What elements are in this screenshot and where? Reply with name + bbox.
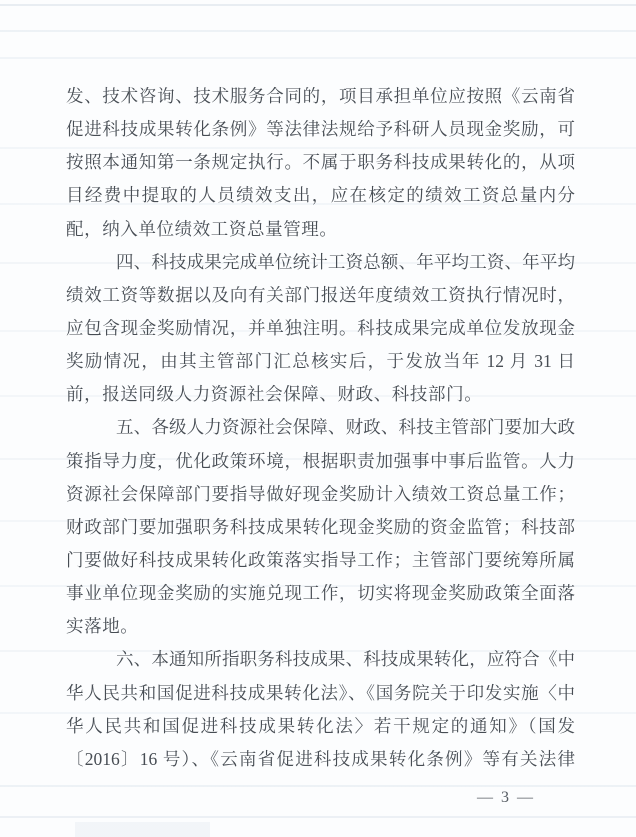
paragraph: 六、本通知所指职务科技成果、科技成果转化，应符合《中 华人民共和国促进科技成果转… (66, 643, 575, 776)
document-page: 发、技术咨询、技术服务合同的，项目承担单位应按照《云南省 促进科技成果转化条例》… (0, 0, 636, 837)
document-body: 发、技术咨询、技术服务合同的，项目承担单位应按照《云南省 促进科技成果转化条例》… (66, 80, 575, 776)
paragraph: 发、技术咨询、技术服务合同的，项目承担单位应按照《云南省 促进科技成果转化条例》… (66, 80, 575, 246)
text-line: 实落地。 (66, 610, 575, 643)
text-line: 五、各级人力资源社会保障、财政、科技主管部门要加大政 (66, 411, 575, 444)
text-line: 促进科技成果转化条例》等法律法规给予科研人员现金奖励，可 (66, 113, 575, 146)
text-line: 目经费中提取的人员绩效支出，应在核定的绩效工资总量内分 (66, 179, 575, 212)
paragraph: 五、各级人力资源社会保障、财政、科技主管部门要加大政 策指导力度，优化政策环境，… (66, 411, 575, 643)
text-line: 华人民共和国促进科技成果转化法》、《国务院关于印发实施〈中 (66, 677, 575, 710)
text-line: 财政部门要加强职务科技成果转化现金奖励的资金监管；科技部 (66, 511, 575, 544)
paragraph: 四、科技成果完成单位统计工资总额、年平均工资、年平均 绩效工资等数据以及向有关部… (66, 246, 575, 412)
text-line: 四、科技成果完成单位统计工资总额、年平均工资、年平均 (66, 246, 575, 279)
text-line: 应包含现金奖励情况，并单独注明。科技成果完成单位发放现金 (66, 312, 575, 345)
text-line: 策指导力度，优化政策环境，根据职责加强事中事后监管。人力 (66, 445, 575, 478)
text-line: 前，报送同级人力资源社会保障、财政、科技部门。 (66, 378, 575, 411)
text-line: 华人民共和国促进科技成果转化法〉若干规定的通知》（国发 (66, 710, 575, 743)
text-line: 资源社会保障部门要指导做好现金奖励计入绩效工资总量工作； (66, 478, 575, 511)
text-line: 发、技术咨询、技术服务合同的，项目承担单位应按照《云南省 (66, 80, 575, 113)
text-line: 配，纳入单位绩效工资总量管理。 (66, 213, 575, 246)
text-line: 按照本通知第一条规定执行。不属于职务科技成果转化的，从项 (66, 146, 575, 179)
text-line: 事业单位现金奖励的实施兑现工作，切实将现金奖励政策全面落 (66, 577, 575, 610)
text-line: 六、本通知所指职务科技成果、科技成果转化，应符合《中 (66, 643, 575, 676)
page-number: — 3 — (470, 789, 542, 807)
text-line: 门要做好科技成果转化政策落实指导工作；主管部门要统筹所属 (66, 544, 575, 577)
text-line: 奖励情况，由其主管部门汇总核实后，于发放当年 12 月 31 日 (66, 345, 575, 378)
text-line: 〔2016〕16 号）、《云南省促进科技成果转化条例》等有关法律 (66, 743, 575, 776)
text-line: 绩效工资等数据以及向有关部门报送年度绩效工资执行情况时， (66, 279, 575, 312)
